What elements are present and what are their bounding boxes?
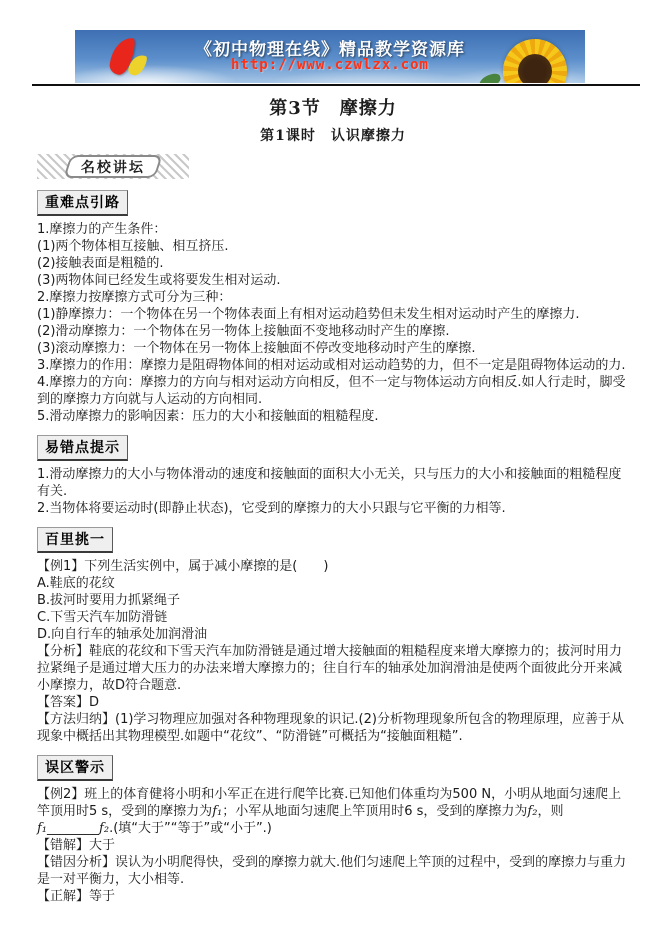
example2-correct-answer: 【正解】等于 xyxy=(37,888,629,905)
example2-text-segment: .(填“大于”“等于”或“小于”.) xyxy=(109,821,272,836)
force-symbol-f1: f₁ xyxy=(37,821,47,836)
sunflower-center-icon xyxy=(518,54,552,83)
example1-analysis: 【分析】鞋底的花纹和下雪天汽车加防滑链是通过增大接触面的粗糙程度来增大摩擦力的；… xyxy=(37,643,629,694)
section-label-key-points: 重难点引路 xyxy=(37,190,128,216)
lecture-forum-label: 名校讲坛 xyxy=(81,157,145,177)
example1-question: 【例1】下列生活实例中，属于减小摩擦的是( ) xyxy=(37,558,629,575)
worksheet-page: 《初中物理在线》精品教学资源库 http://www.czwlzx.com 第3… xyxy=(0,0,661,935)
leaf-icon xyxy=(478,72,503,83)
key-point-line: 1.摩擦力的产生条件： xyxy=(37,221,629,238)
force-symbol-f2: f₂ xyxy=(527,804,537,819)
site-banner: 《初中物理在线》精品教学资源库 http://www.czwlzx.com xyxy=(75,30,585,83)
example1-answer: 【答案】D xyxy=(37,694,629,711)
key-point-line: (3)两物体间已经发生或将要发生相对运动. xyxy=(37,272,629,289)
key-point-line: 3.摩擦力的作用：摩擦力是阻碍物体间的相对运动或相对运动趋势的力，但不一定是阻碍… xyxy=(37,357,629,374)
key-point-line: 5.滑动摩擦力的影响因素：压力的大小和接触面的粗糙程度. xyxy=(37,408,629,425)
lecture-forum-banner: 名校讲坛 xyxy=(37,154,189,179)
page-title: 第3节 摩擦力 xyxy=(37,94,629,120)
key-point-line: (3)滚动摩擦力：一个物体在另一物体上接触面不停改变地移动时产生的摩擦. xyxy=(37,340,629,357)
page-subtitle: 第1课时 认识摩擦力 xyxy=(37,125,629,145)
example1-option-b: B.拔河时要用力抓紧绳子 xyxy=(37,592,629,609)
example2-text-segment: ；小军从地面匀速爬上竿顶用时6 s，受到的摩擦力为 xyxy=(222,804,527,819)
key-point-line: (1)两个物体相互接触、相互挤压. xyxy=(37,238,629,255)
example2-cause-analysis: 【错因分析】误认为小明爬得快，受到的摩擦力就大.他们匀速爬上竿顶的过程中，受到的… xyxy=(37,854,629,888)
error-tip-line: 1.滑动摩擦力的大小与物体滑动的速度和接触面的面积大小无关，只与压力的大小和接触… xyxy=(37,466,629,500)
key-point-line: (1)静摩擦力：一个物体在另一个物体表面上有相对运动趋势但未发生相对运动时产生的… xyxy=(37,306,629,323)
key-point-line: 2.摩擦力按摩擦方式可分为三种： xyxy=(37,289,629,306)
force-symbol-f1: f₁ xyxy=(212,804,222,819)
fill-in-blank: ________ xyxy=(47,821,99,836)
example2-text-segment: ，则 xyxy=(537,804,563,819)
key-point-line: (2)接触表面是粗糙的. xyxy=(37,255,629,272)
example1-option-c: C.下雪天汽车加防滑链 xyxy=(37,609,629,626)
key-point-line: (2)滑动摩擦力：一个物体在另一物体上接触面不变地移动时产生的摩擦. xyxy=(37,323,629,340)
key-point-line: 4.摩擦力的方向：摩擦力的方向与相对运动方向相反，但不一定与物体运动方向相反.如… xyxy=(37,374,629,408)
lecture-forum-label-box: 名校讲坛 xyxy=(63,155,162,178)
example2-wrong-answer: 【错解】大于 xyxy=(37,837,629,854)
section-label-misconception: 误区警示 xyxy=(37,755,113,781)
force-symbol-f2: f₂ xyxy=(99,821,109,836)
document-content: 第3节 摩擦力 第1课时 认识摩擦力 名校讲坛 重难点引路 1.摩擦力的产生条件… xyxy=(37,92,629,905)
section-label-pick-one: 百里挑一 xyxy=(37,527,113,553)
example2-question: 【例2】班上的体育健将小明和小军正在进行爬竿比赛.已知他们体重均为500 N，小… xyxy=(37,786,629,837)
divider-line xyxy=(32,84,640,86)
example1-option-d: D.向自行车的轴承处加润滑油 xyxy=(37,626,629,643)
section-label-error-tips: 易错点提示 xyxy=(37,435,128,461)
error-tip-line: 2.当物体将要运动时(即静止状态)，它受到的摩擦力的大小只跟与它平衡的力相等. xyxy=(37,500,629,517)
example1-method: 【方法归纳】(1)学习物理应加强对各种物理现象的识记.(2)分析物理现象所包含的… xyxy=(37,711,629,745)
example1-option-a: A.鞋底的花纹 xyxy=(37,575,629,592)
